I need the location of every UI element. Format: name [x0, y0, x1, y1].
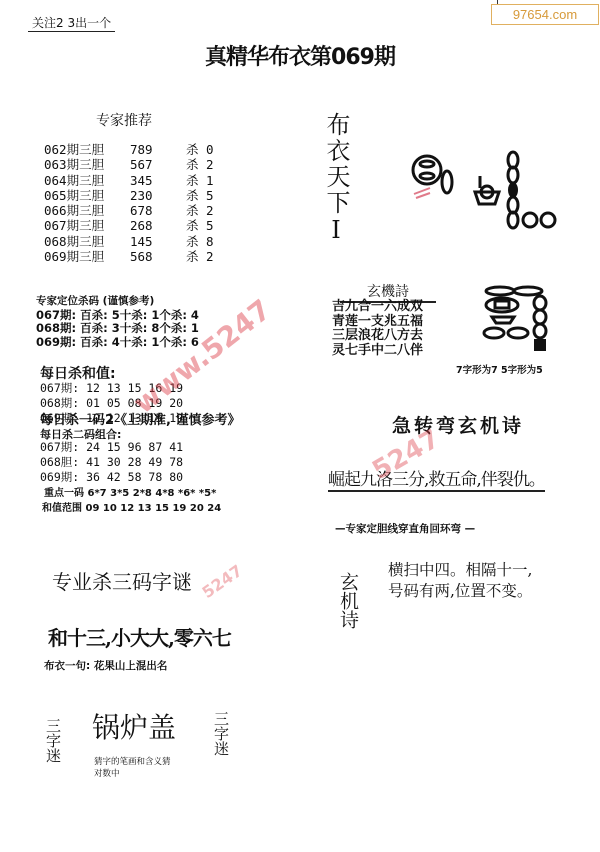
- poem-line: 青莲一支兆五福: [332, 315, 423, 330]
- three-char-riddle-label-left: 三字迷: [44, 718, 61, 763]
- list-item: 069期: 百杀: 4十杀: 1个杀: 6: [36, 336, 199, 350]
- position-kill-block: 专家定位杀码 (谨慎参考) 067期: 百杀: 5十杀: 1个杀: 4 068期…: [36, 295, 199, 349]
- buyi-sentence: 布衣一句: 花果山上混出名: [44, 658, 167, 673]
- sum-range: 和值范围 09 10 12 13 15 19 20 24: [42, 499, 221, 514]
- table-row: 064期三胆345杀1: [44, 173, 214, 188]
- shape-caption: 7字形为7 5字形为5: [456, 362, 543, 376]
- daily-sum-kill-heading: 每日杀和值:: [40, 363, 116, 383]
- poem-line: 横扫中四。相隔十一,: [388, 560, 532, 581]
- poem-line: 号码有两,位置不变。: [388, 581, 532, 602]
- xuan-ji-shi-lines: 横扫中四。相隔十一, 号码有两,位置不变。: [388, 560, 532, 602]
- table-row: 063期三胆567杀2: [44, 157, 214, 172]
- list-item: 067期: 百杀: 5十杀: 1个杀: 4: [36, 309, 199, 323]
- focus-code: 重点一码 6*7 3*5 2*8 4*8 *6* *5*: [44, 484, 216, 499]
- three-char-riddle-label-right: 三字迷: [212, 711, 229, 756]
- top-note: 关注2 3出一个: [28, 14, 115, 32]
- table-row: 068期三胆145杀8: [44, 234, 214, 249]
- expert-divider-text: —专家定胆线穿直角回环弯 —: [335, 521, 475, 536]
- list-item: 067期: 24 15 96 87 41: [40, 440, 183, 455]
- mystic-poem-lines: 吉九合一六成双 青莲一支兆五福 三层浪花八方去 灵七手中二八伴: [332, 300, 423, 358]
- xuan-ji-shi-label: 玄机诗: [334, 572, 361, 629]
- poem-line: 灵七手中二八伴: [332, 344, 423, 359]
- digit-shape-graphic: [480, 285, 560, 355]
- puzzle-coins-graphic: [410, 150, 560, 230]
- bu-yi-tian-xia-label: 布衣天下I: [322, 112, 350, 246]
- sharp-turn-line: 崛起九洛三分,救五命,伴裂仇。: [328, 465, 545, 492]
- site-watermark: 97654.com: [491, 4, 599, 25]
- expert-recommend-heading: 专家推荐: [96, 110, 152, 130]
- list-item: 069期: 36 42 58 78 80: [40, 470, 183, 485]
- position-kill-heading: 专家定位杀码 (谨慎参考): [36, 295, 199, 309]
- table-row: 062期三胆789杀0: [44, 142, 214, 157]
- table-row: 069期三胆568杀2: [44, 249, 214, 264]
- table-row: 067期三胆268杀5: [44, 218, 214, 233]
- red-watermark-stamp: 5247: [199, 561, 246, 602]
- riddle-heading: 专业杀三码字谜: [52, 566, 192, 595]
- poem-line: 三层浪花八方去: [332, 329, 423, 344]
- riddle-note: 猜字的笔画和含义猜对数中: [94, 756, 178, 780]
- expert-recommend-table: 062期三胆789杀0 063期三胆567杀2 064期三胆345杀1 065期…: [44, 142, 214, 264]
- page-title: 真精华布衣第069期: [0, 40, 600, 71]
- daily-kill-two-list: 067期: 24 15 96 87 41 068胆: 41 30 28 49 7…: [40, 440, 183, 485]
- riddle-question: 和十三,小大大,零六七: [48, 622, 231, 651]
- list-item: 068期: 百杀: 3十杀: 8个杀: 1: [36, 322, 199, 336]
- table-row: 066期三胆678杀2: [44, 203, 214, 218]
- riddle-answer-word: 锅炉盖: [92, 706, 176, 746]
- table-row: 065期三胆230杀5: [44, 188, 214, 203]
- list-item: 068胆: 41 30 28 49 78: [40, 455, 183, 470]
- poem-line: 吉九合一六成双: [332, 300, 423, 315]
